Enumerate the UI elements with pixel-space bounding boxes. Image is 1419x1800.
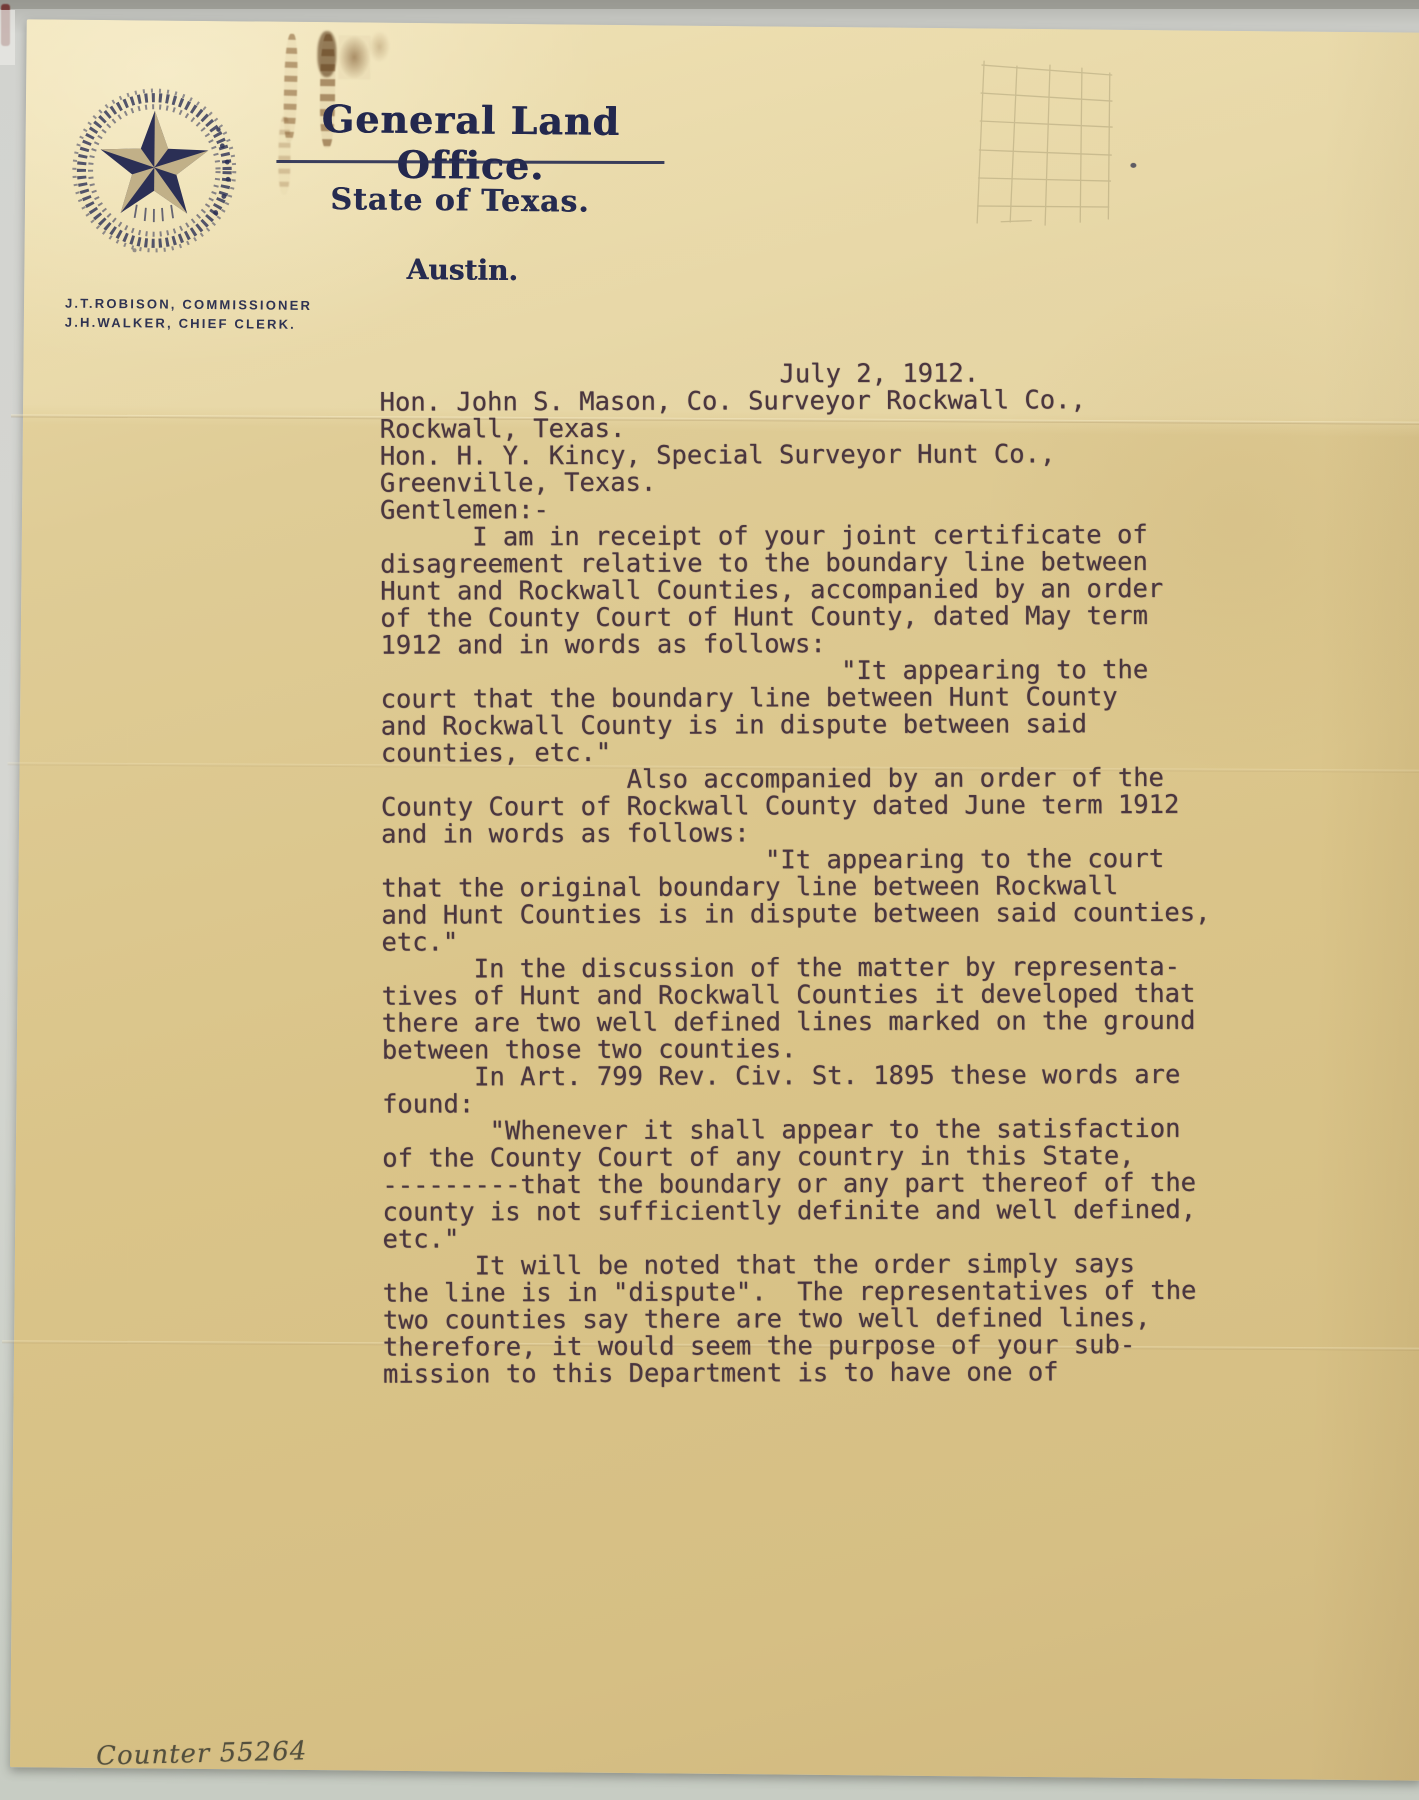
letter-page: General Land Office. State of Texas. Aus… [10,19,1419,1780]
lone-star-seal [67,82,241,260]
letterhead-commissioner-line: J.T.ROBISON, COMMISSIONER [65,294,312,315]
paragraph-rockwall-order-quote: "It appearing to the court that the orig… [381,846,1210,957]
pencil-grid-doodle [973,57,1118,231]
typed-letter-body: July 2, 1912. Hon. John S. Mason, Co. Su… [379,360,1212,1389]
letterhead-agency-title: General Land Office. [253,95,688,189]
stain-blob [317,31,336,77]
date-line: July 2, 1912. [779,360,1208,388]
recipient-address-block: Hon. John S. Mason, Co. Surveyor Rockwal… [380,387,1209,498]
scanned-letter-scene: General Land Office. State of Texas. Aus… [0,0,1419,1800]
letterhead-state: State of Texas. [310,182,610,220]
letterhead-city: Austin. [362,252,562,287]
stain-blob [338,35,370,79]
paragraph-conclusion: It will be noted that the order simply s… [383,1251,1212,1389]
scanner-bed-edge [0,0,1419,9]
letterhead-chief-clerk-line: J.H.WALKER, CHIEF CLERK. [65,313,312,334]
scanner-bed-highlight [0,10,15,65]
paragraph-hunt-county-order-quote: "It appearing to the court that the boun… [381,657,1210,768]
paragraph-rockwall-order: Also accompanied by an order of the Coun… [381,765,1210,849]
letterhead-officials: J.T.ROBISON, COMMISSIONER J.H.WALKER, CH… [65,294,312,334]
paragraph-discussion-two-lines: In the discussion of the matter by repre… [382,954,1212,1119]
archive-number-annotation: Counter 55264 [96,1736,308,1771]
stain-smudge [368,31,390,63]
paragraph-statute-quote: "Whenever it shall appear to the satisfa… [382,1116,1211,1254]
paragraph-receipt-of-certificate: I am in receipt of your joint certificat… [380,522,1209,660]
ink-speck [1130,163,1136,168]
